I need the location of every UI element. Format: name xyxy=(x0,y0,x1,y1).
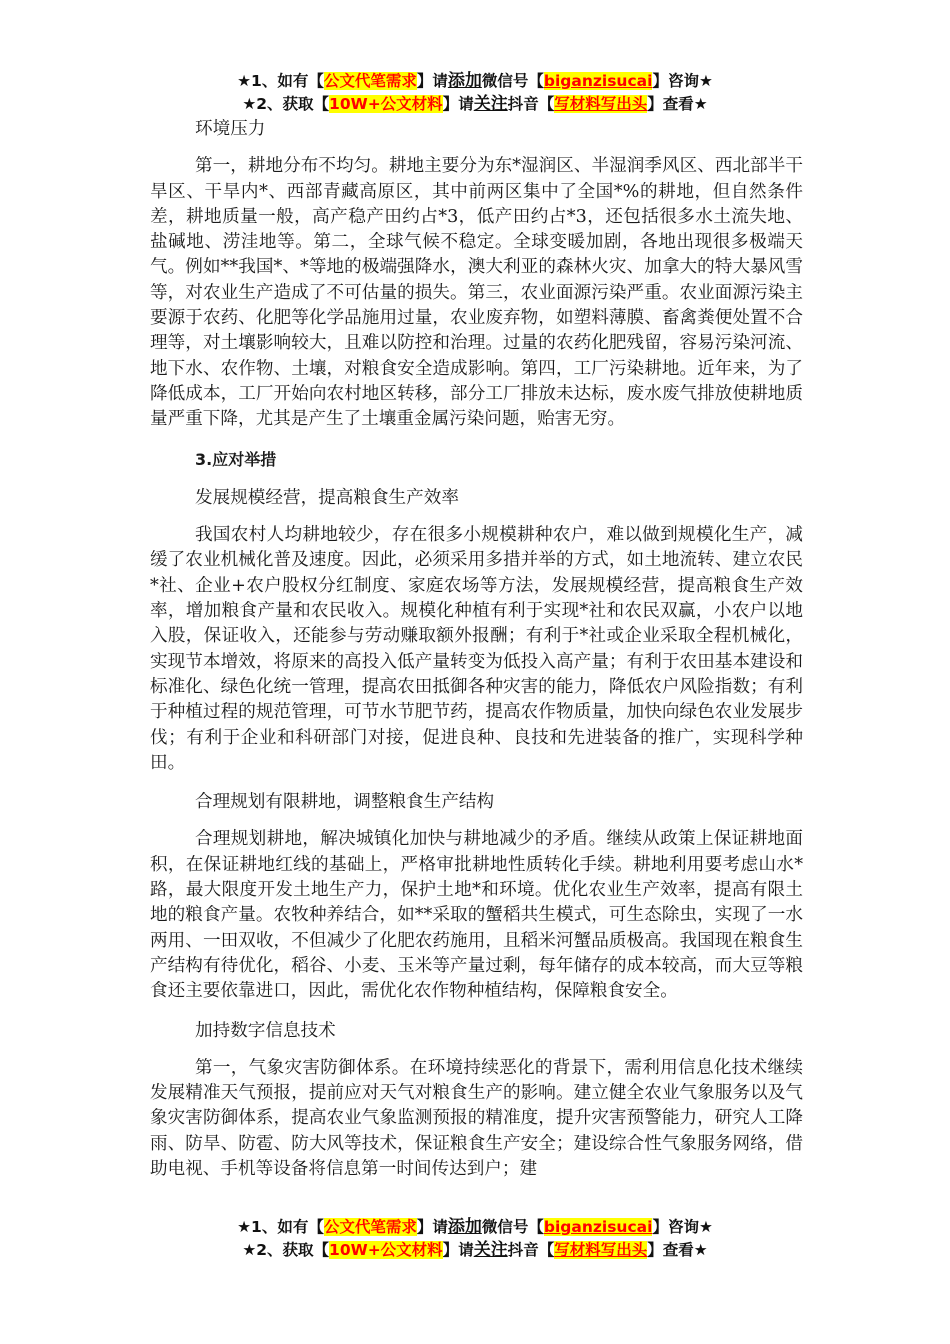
douyin-account-link[interactable]: 写材料写出头 xyxy=(554,1241,647,1259)
wechat-id-link[interactable]: biganzisucai xyxy=(544,72,653,90)
document-body: 环境压力 第一，耕地分布不均匀。耕地主要分为东*湿润区、半湿润季风区、西北部半干… xyxy=(150,117,803,1196)
underlined-text: 关注 xyxy=(474,1240,508,1260)
paragraph: 我国农村人均耕地较少，存在很多小规模耕种农户，难以做到规模化生产，减缓了农业机械… xyxy=(150,523,803,776)
promo-line-2: ★2、获取【10W+公文材料】请关注抖音【写材料写出头】查看★ xyxy=(0,1239,950,1262)
paragraph: 合理规划耕地，解决城镇化加快与耕地减少的矛盾。继续从政策上保证耕地面积，在保证耕… xyxy=(150,827,803,1004)
subheading-environment-pressure: 环境压力 xyxy=(150,117,803,142)
subheading: 合理规划有限耕地，调整粮食生产结构 xyxy=(150,790,803,815)
document-page: ★1、如有【公文代笔需求】请添加微信号【biganzisucai】咨询★ ★2、… xyxy=(0,0,950,1344)
promo-line-1: ★1、如有【公文代笔需求】请添加微信号【biganzisucai】咨询★ xyxy=(0,1216,950,1239)
douyin-account-link[interactable]: 写材料写出头 xyxy=(554,95,647,113)
underlined-text: 关注 xyxy=(474,94,508,114)
highlight-text: 公文代笔需求 xyxy=(324,1218,417,1236)
highlight-text: 公文代笔需求 xyxy=(324,72,417,90)
promo-banner-top: ★1、如有【公文代笔需求】请添加微信号【biganzisucai】咨询★ ★2、… xyxy=(0,70,950,116)
subheading: 加持数字信息技术 xyxy=(150,1019,803,1044)
section-heading: 3.应对举措 xyxy=(150,447,803,472)
promo-banner-bottom: ★1、如有【公文代笔需求】请添加微信号【biganzisucai】咨询★ ★2、… xyxy=(0,1216,950,1262)
highlight-text: 10W+公文材料 xyxy=(329,95,443,113)
paragraph: 第一，耕地分布不均匀。耕地主要分为东*湿润区、半湿润季风区、西北部半干旱区、干旱… xyxy=(150,154,803,432)
subheading: 发展规模经营，提高粮食生产效率 xyxy=(150,486,803,511)
promo-line-2: ★2、获取【10W+公文材料】请关注抖音【写材料写出头】查看★ xyxy=(0,93,950,116)
promo-line-1: ★1、如有【公文代笔需求】请添加微信号【biganzisucai】咨询★ xyxy=(0,70,950,93)
paragraph: 第一，气象灾害防御体系。在环境持续恶化的背景下，需利用信息化技术继续发展精准天气… xyxy=(150,1056,803,1182)
underlined-text: 添加 xyxy=(448,1217,482,1237)
underlined-text: 添加 xyxy=(448,71,482,91)
wechat-id-link[interactable]: biganzisucai xyxy=(544,1218,653,1236)
highlight-text: 10W+公文材料 xyxy=(329,1241,443,1259)
